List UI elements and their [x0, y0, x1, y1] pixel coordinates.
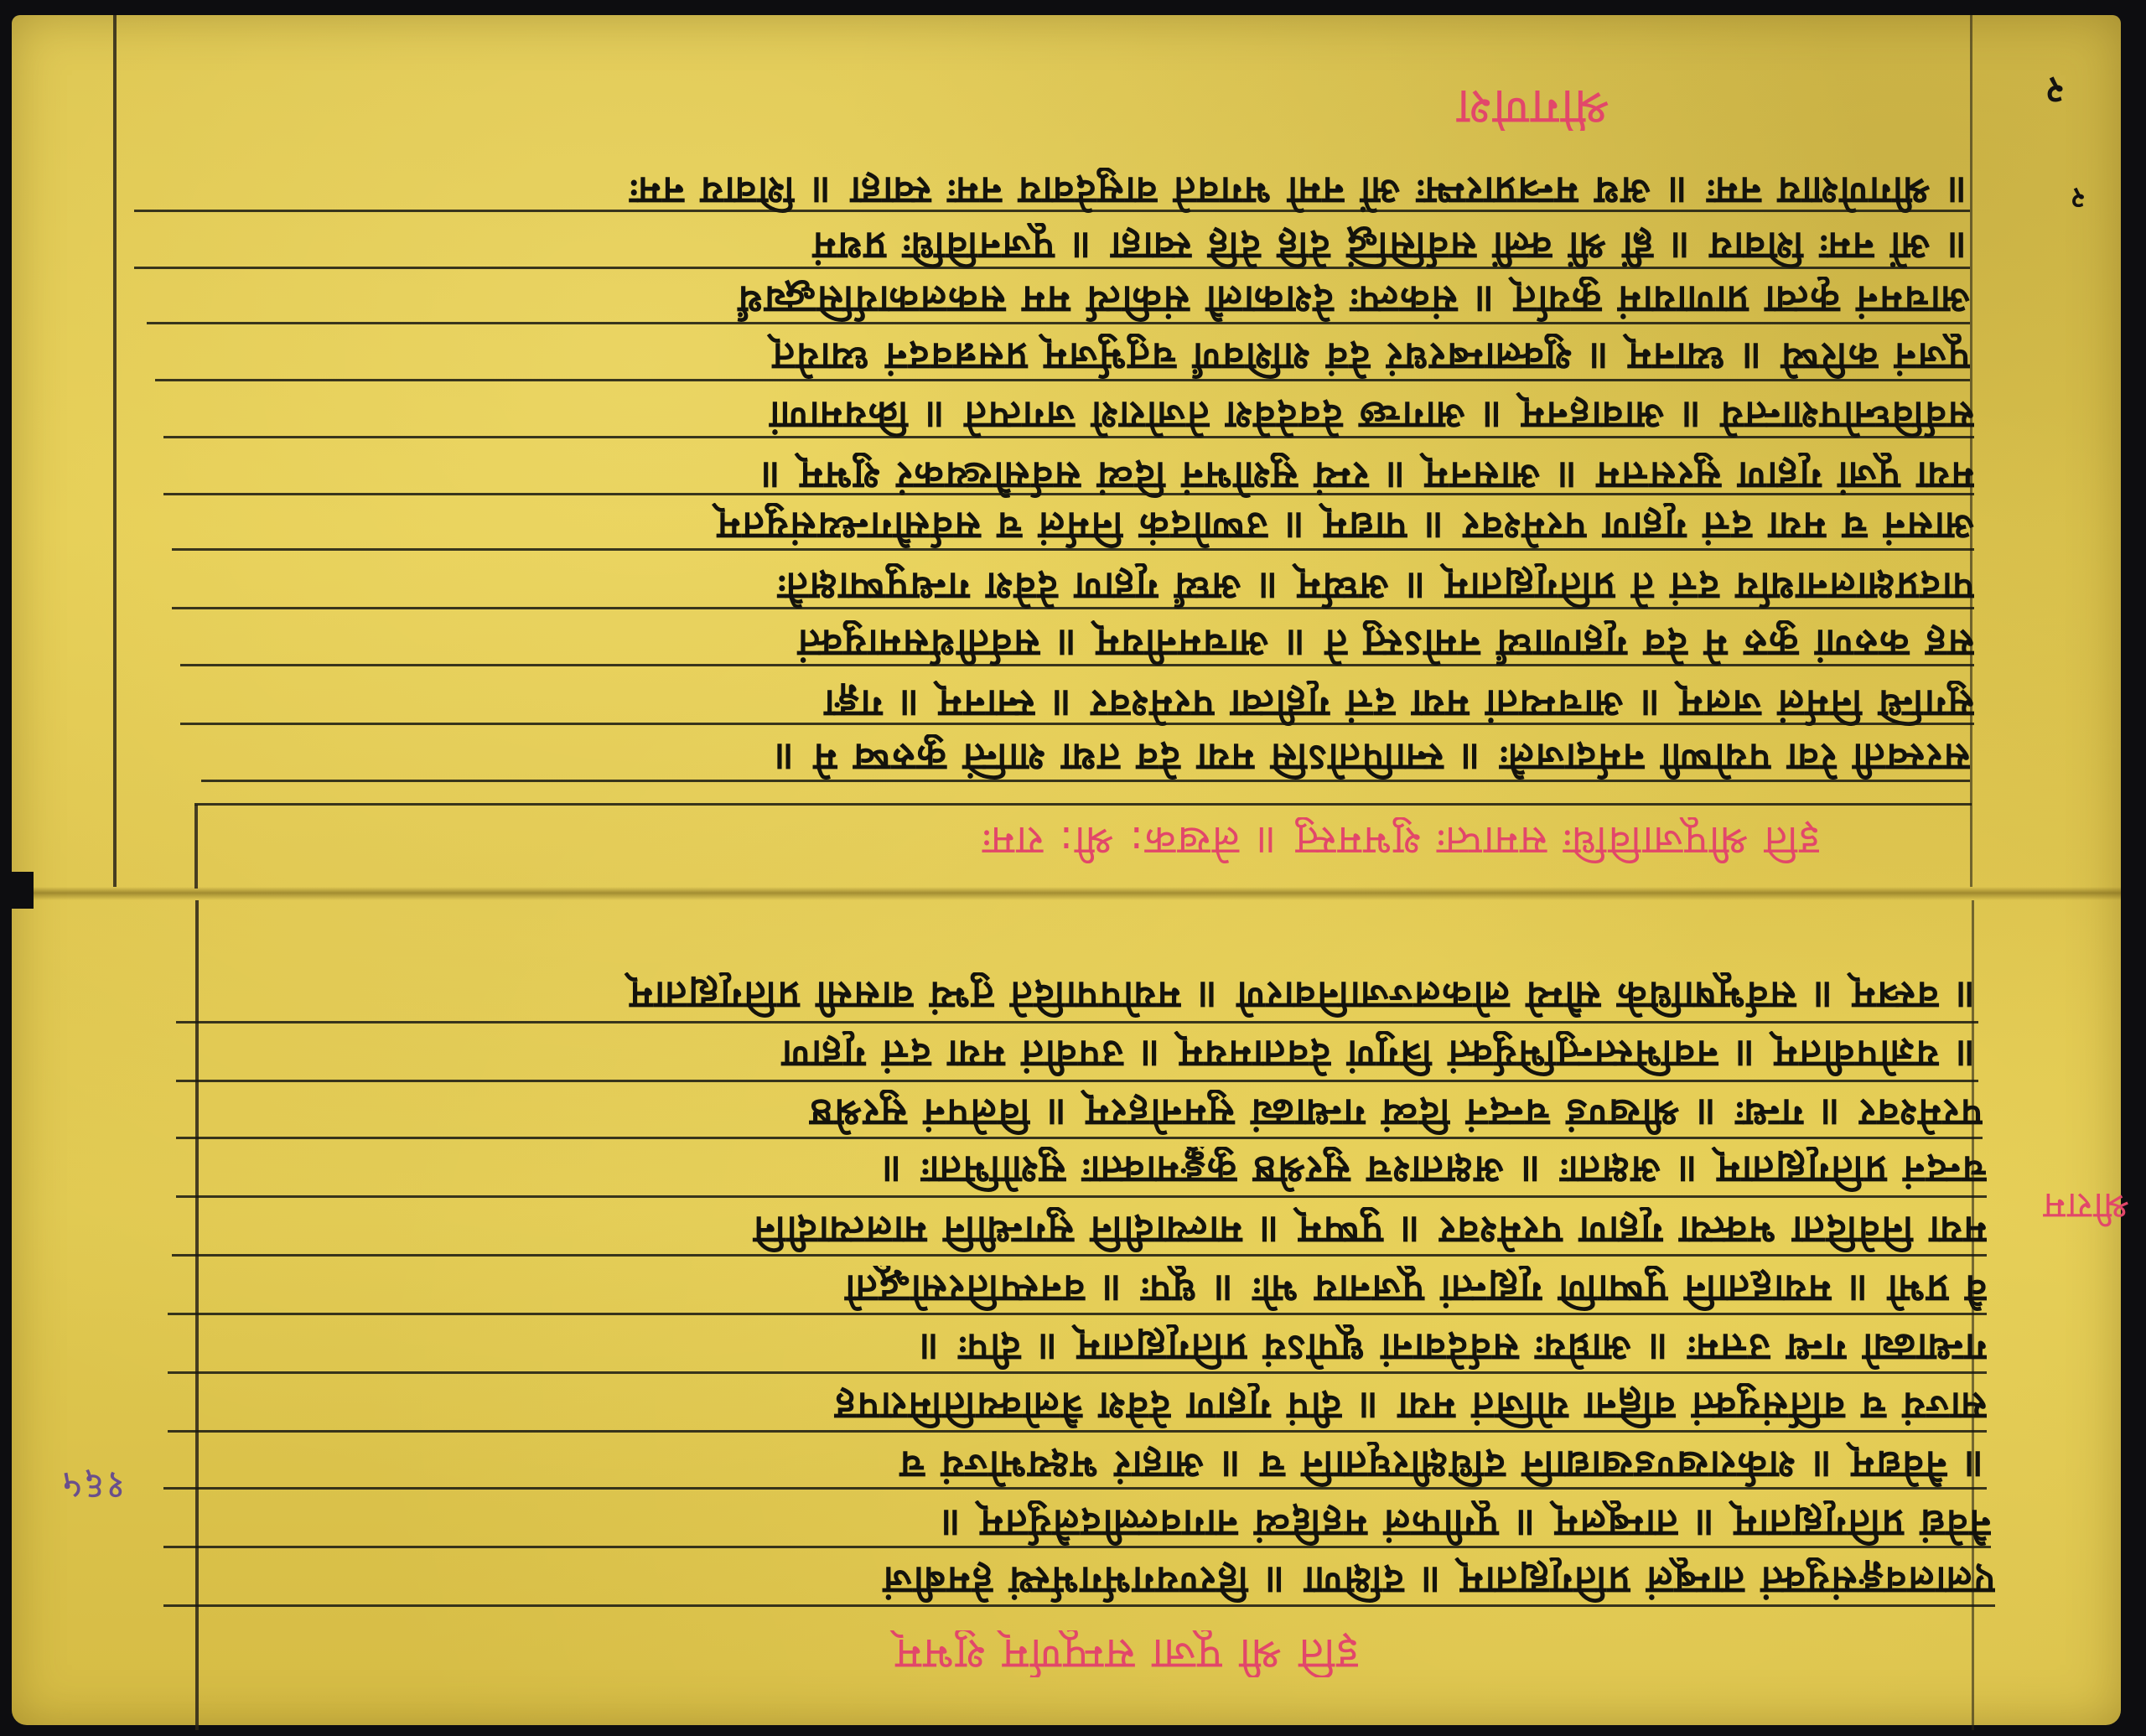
- ruling-line: [176, 1080, 1978, 1082]
- fold-notch-right: [2123, 872, 2146, 909]
- text-line: सरस्वती रेवा पयोष्णी नर्मदाजलैः ॥ स्नापि…: [201, 734, 1970, 781]
- text-line: ॥ श्रीगणेशाय नमः ॥ अथ मन्त्रप्रारम्भः ओं…: [134, 168, 1970, 215]
- text-line: सुगन्धि निर्मलं जलम् ॥ आचम्यतां मया दत्त…: [180, 681, 1974, 728]
- ruling-line: [168, 1313, 1987, 1315]
- folio-number-secondary: २: [2071, 180, 2086, 219]
- ruling-line: [172, 607, 1974, 609]
- ruling-line: [147, 322, 1970, 324]
- ruling-line: [163, 436, 1974, 438]
- right-margin-red-text: श्रीराम: [2003, 1182, 2129, 1229]
- text-line: पादप्रक्षालनार्थाय दत्तं ते प्रतिगृह्यता…: [172, 563, 1974, 610]
- ruling-line: [163, 493, 1974, 495]
- text-line: साज्यं च वर्तिसंयुक्तं वह्निना योजितं मय…: [168, 1383, 1987, 1430]
- ruling-line: [176, 1137, 1983, 1139]
- leaf-fold: [12, 887, 2121, 900]
- text-line: पूजनं करिष्ये ॥ ध्यानम् ॥ शुक्लाम्बरधरं …: [155, 334, 1970, 381]
- ruling-line: [176, 1021, 1978, 1023]
- top-box-left-edge: [194, 805, 198, 889]
- text-line: ॥ नैवेद्यम् ॥ शर्कराखण्डखाद्यानि दधिक्षी…: [163, 1442, 1987, 1489]
- text-line: मया निवेदिता भक्त्या गृहाण परमेश्वर ॥ पु…: [172, 1207, 1987, 1254]
- text-line: वै प्रभो ॥ मयाहृतानि पुष्पाणि गृह्यन्तां…: [168, 1266, 1987, 1313]
- text-line: गन्धाढ्यो गन्ध उत्तमः ॥ आघ्रेयः सर्वदेवा…: [168, 1324, 1987, 1371]
- ruling-line: [168, 1371, 1987, 1374]
- text-line: ॥ ओं नमः शिवाय ॥ ह्रीं श्रीं क्लीं सर्वस…: [134, 223, 1970, 270]
- top-right-margin-rule: [1970, 15, 1972, 887]
- text-line: आचमनं कृत्वा प्राणायामं कुर्यात् ॥ संकल्…: [147, 277, 1970, 324]
- text-line: चन्दनं प्रतिगृह्यताम् ॥ अक्षताः ॥ अक्षता…: [176, 1147, 1987, 1194]
- ruling-line: [134, 267, 1970, 269]
- top-box-bottom-rule: [194, 803, 1972, 806]
- ruling-line: [134, 210, 1970, 212]
- ruling-line: [172, 548, 1974, 551]
- ruling-line: [163, 1487, 1987, 1490]
- ruling-line: [176, 1195, 1987, 1198]
- ruling-line: [155, 379, 1970, 381]
- ruling-line: [180, 723, 1974, 725]
- text-line: आसनं च मया दत्तं गृहाण परमेश्वर ॥ पाद्यम…: [172, 503, 1974, 550]
- top-footer-red-text: इति श्रीपूजाविधिः समाप्तः शुभमस्तु ॥ लेख…: [612, 817, 1819, 864]
- text-line: सर्वविघ्नोपशान्तये ॥ आवाहनम् ॥ आगच्छ देव…: [163, 392, 1974, 439]
- text-line: ॥ यज्ञोपवीतम् ॥ नवभिस्तन्तुभिर्युक्तं त्…: [176, 1031, 1978, 1078]
- text-line: सह करुणां कुरु मे देव गृहाणार्घ्यं नमोऽस…: [180, 620, 1974, 667]
- text-line: ॥ वस्त्रम् ॥ सर्वभूषाधिके सौम्ये लोकलज्ज…: [176, 972, 1978, 1019]
- ruling-line: [168, 1430, 1987, 1433]
- text-line: नैवेद्यं प्रतिगृह्यताम् ॥ ताम्बूलम् ॥ पू…: [163, 1500, 1991, 1547]
- ruling-line: [201, 780, 1970, 782]
- top-header-red-text: श्रीगणेश: [1425, 84, 1609, 131]
- ruling-line: [163, 1604, 1995, 1607]
- left-margin-purple-note: १६५: [34, 1463, 126, 1510]
- top-left-margin-rule: [113, 15, 117, 887]
- folio-number-top: २: [2045, 67, 2065, 117]
- text-line: एलालवङ्गसंयुक्तं ताम्बूलं प्रतिगृह्यताम्…: [163, 1557, 1995, 1604]
- ruling-line: [163, 1546, 1991, 1548]
- bottom-footer-red-text: इति श्री पूजा सम्पूर्णम् शुभम्: [620, 1630, 1358, 1677]
- text-line: परमेश्वर ॥ गन्धः ॥ श्रीखण्डं चन्दनं दिव्…: [176, 1090, 1983, 1137]
- ruling-line: [180, 664, 1974, 666]
- ruling-line: [172, 1254, 1987, 1257]
- fold-notch-left: [0, 872, 34, 909]
